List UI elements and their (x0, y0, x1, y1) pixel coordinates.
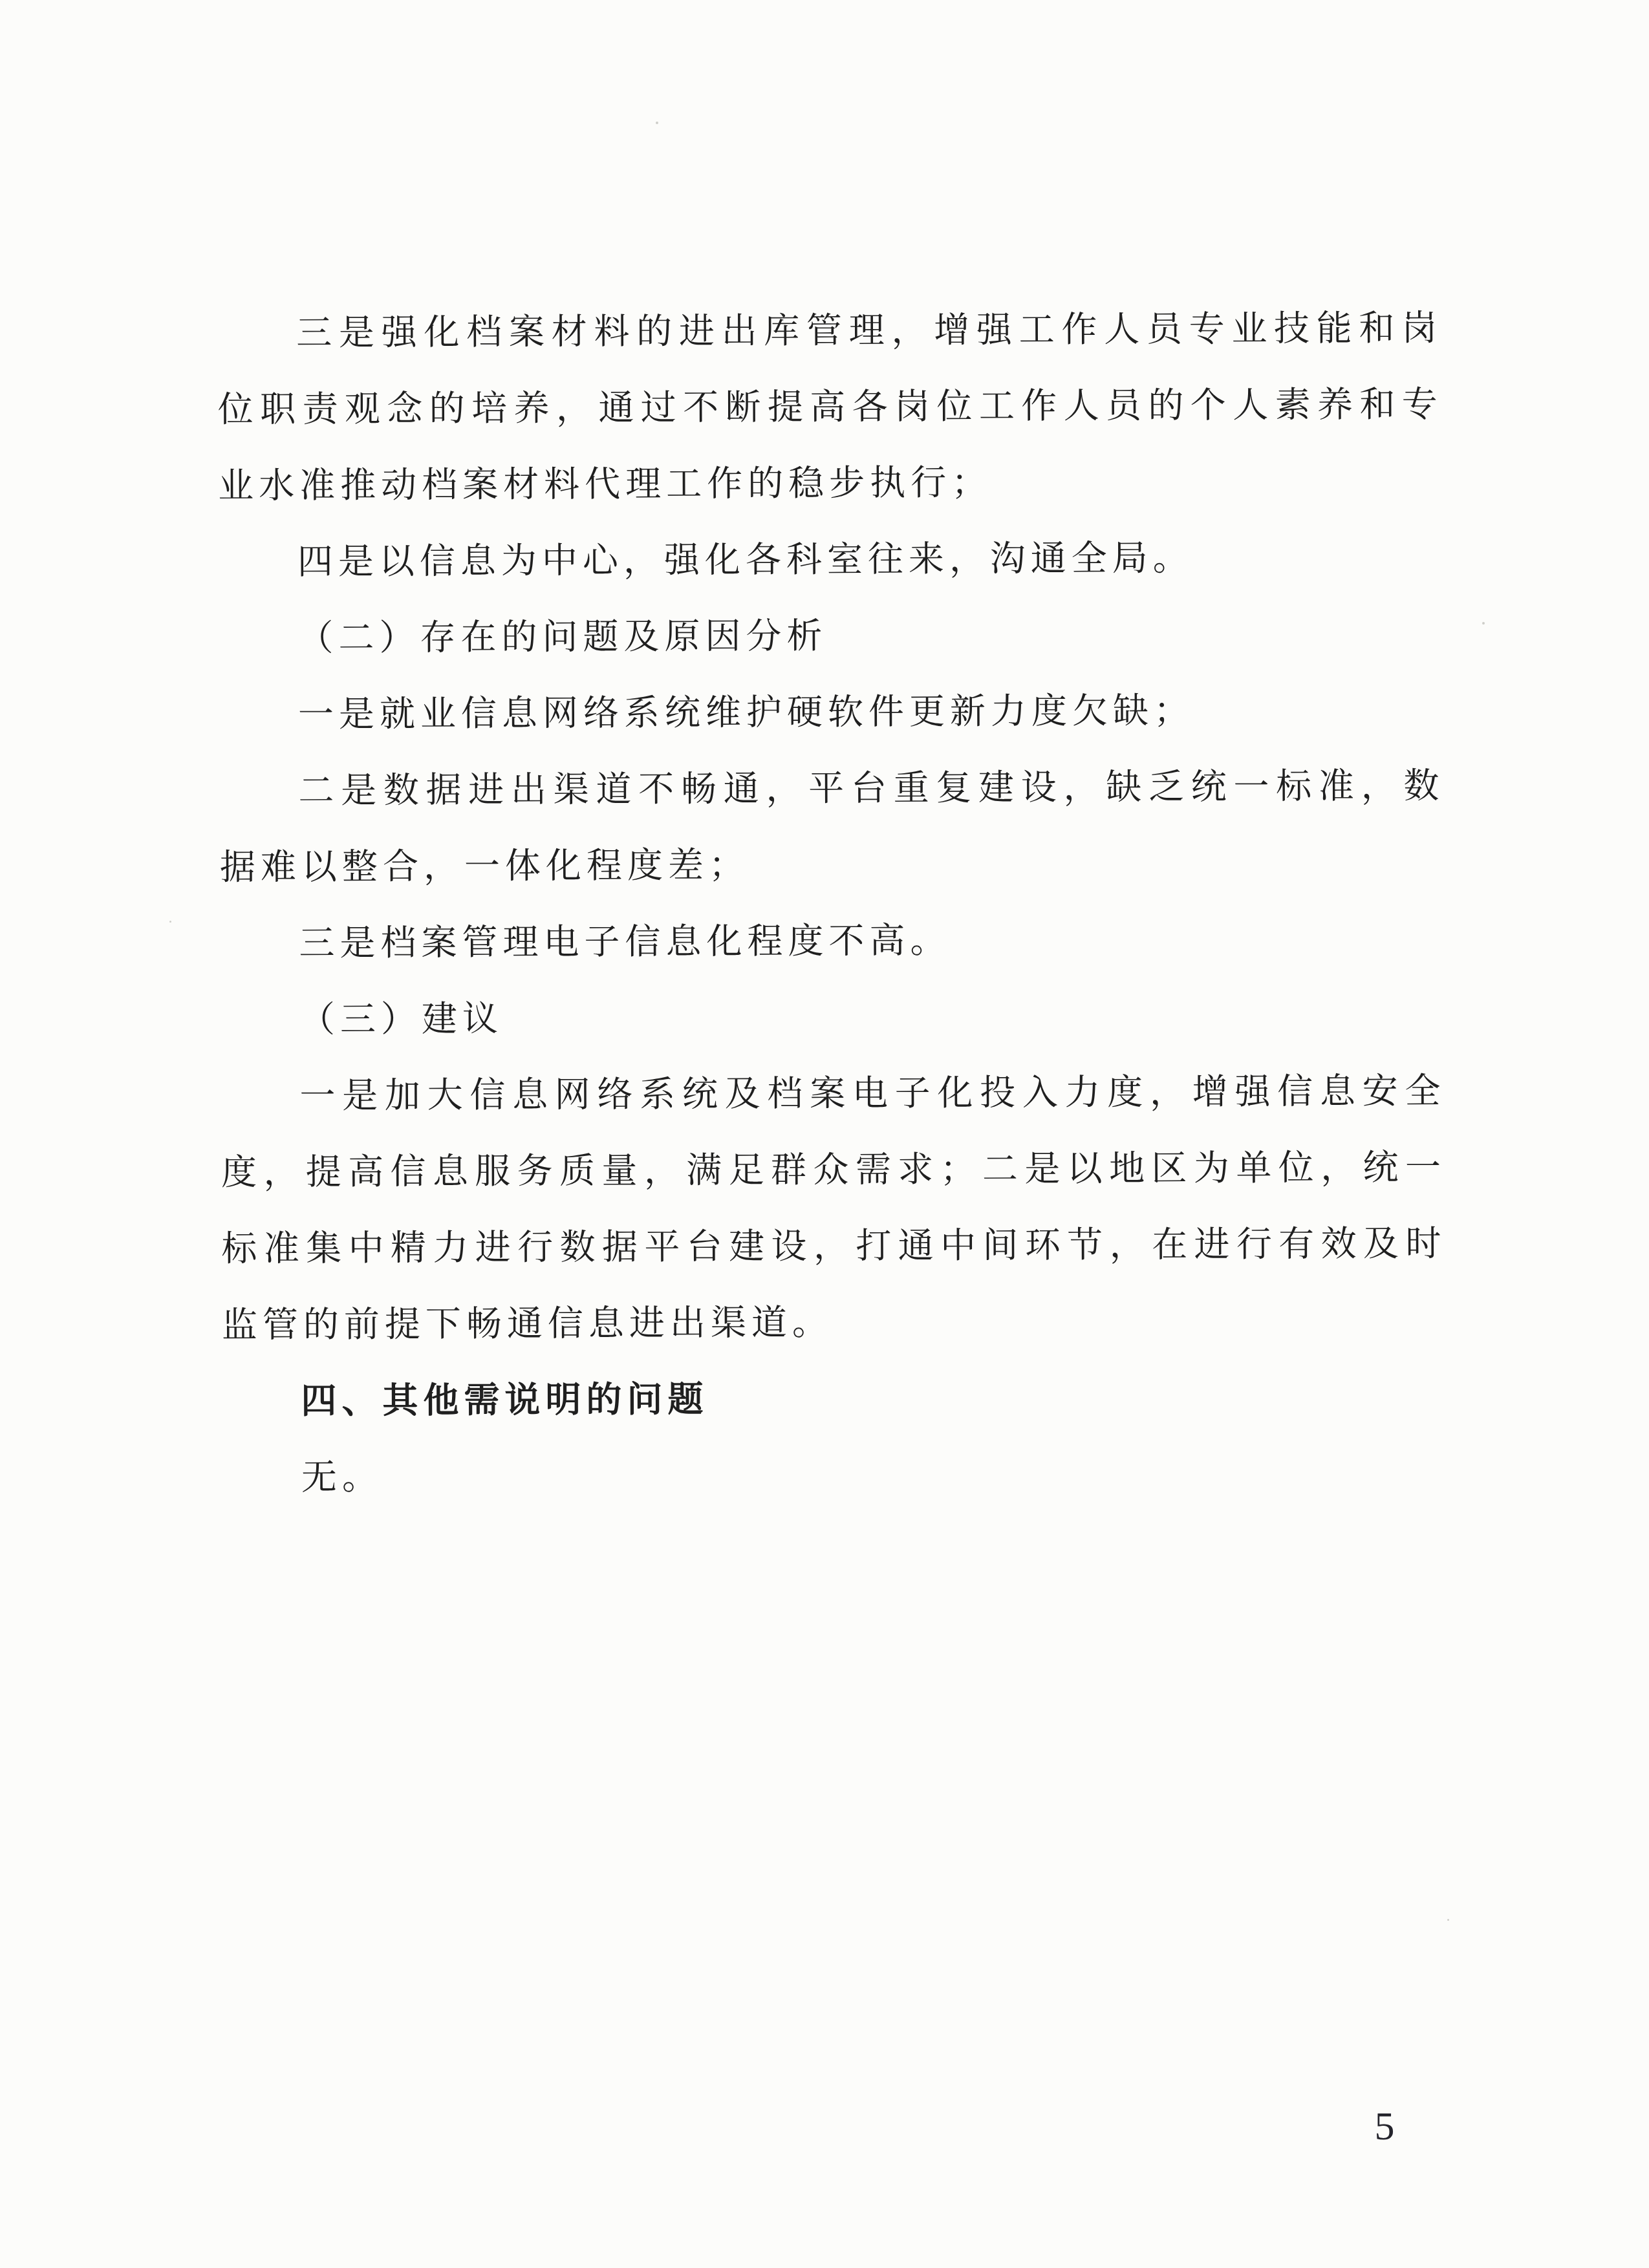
text-line: 四是以信息为中心，强化各科室往来，沟通全局。 (219, 519, 1443, 600)
text-line: 据难以整合，一体化程度差； (220, 824, 1445, 905)
text-line: 业水准推动档案材料代理工作的稳步执行； (218, 442, 1443, 524)
text-line: 四、其他需说明的问题 (222, 1358, 1447, 1439)
text-line: 位职责观念的培养，通过不断提高各岗位工作人员的个人素养和专 (218, 366, 1443, 447)
text-line: 无。 (222, 1434, 1447, 1515)
document-page: 三是强化档案材料的进出库管理，增强工作人员专业技能和岗位职责观念的培养，通过不断… (0, 0, 1649, 2268)
text-line: （三）建议 (221, 976, 1445, 1058)
scan-speck (1447, 1919, 1449, 1921)
text-block: 三是强化档案材料的进出库管理，增强工作人员专业技能和岗位职责观念的培养，通过不断… (217, 290, 1447, 1515)
text-line: 三是档案管理电子信息化程度不高。 (220, 900, 1445, 981)
text-line: 监管的前提下畅通信息进出渠道。 (222, 1281, 1447, 1363)
text-line: 标准集中精力进行数据平台建设，打通中间环节，在进行有效及时 (221, 1205, 1446, 1287)
text-line: 一是加大信息网络系统及档案电子化投入力度，增强信息安全 (221, 1053, 1445, 1134)
scan-speck (1482, 622, 1485, 625)
page-number: 5 (1362, 2104, 1407, 2150)
text-line: 二是数据进出渠道不畅通，平台重复建设，缺乏统一标准，数 (219, 747, 1444, 829)
scan-speck (741, 414, 743, 416)
text-line: 一是就业信息网络系统维护硬软件更新力度欠缺； (219, 671, 1444, 753)
text-line: 度，提高信息服务质量，满足群众需求；二是以地区为单位，统一 (221, 1129, 1446, 1210)
text-line: 三是强化档案材料的进出库管理，增强工作人员专业技能和岗 (217, 290, 1442, 371)
scan-speck (169, 921, 171, 923)
scan-speck (656, 122, 658, 124)
text-line: （二）存在的问题及原因分析 (219, 595, 1443, 676)
